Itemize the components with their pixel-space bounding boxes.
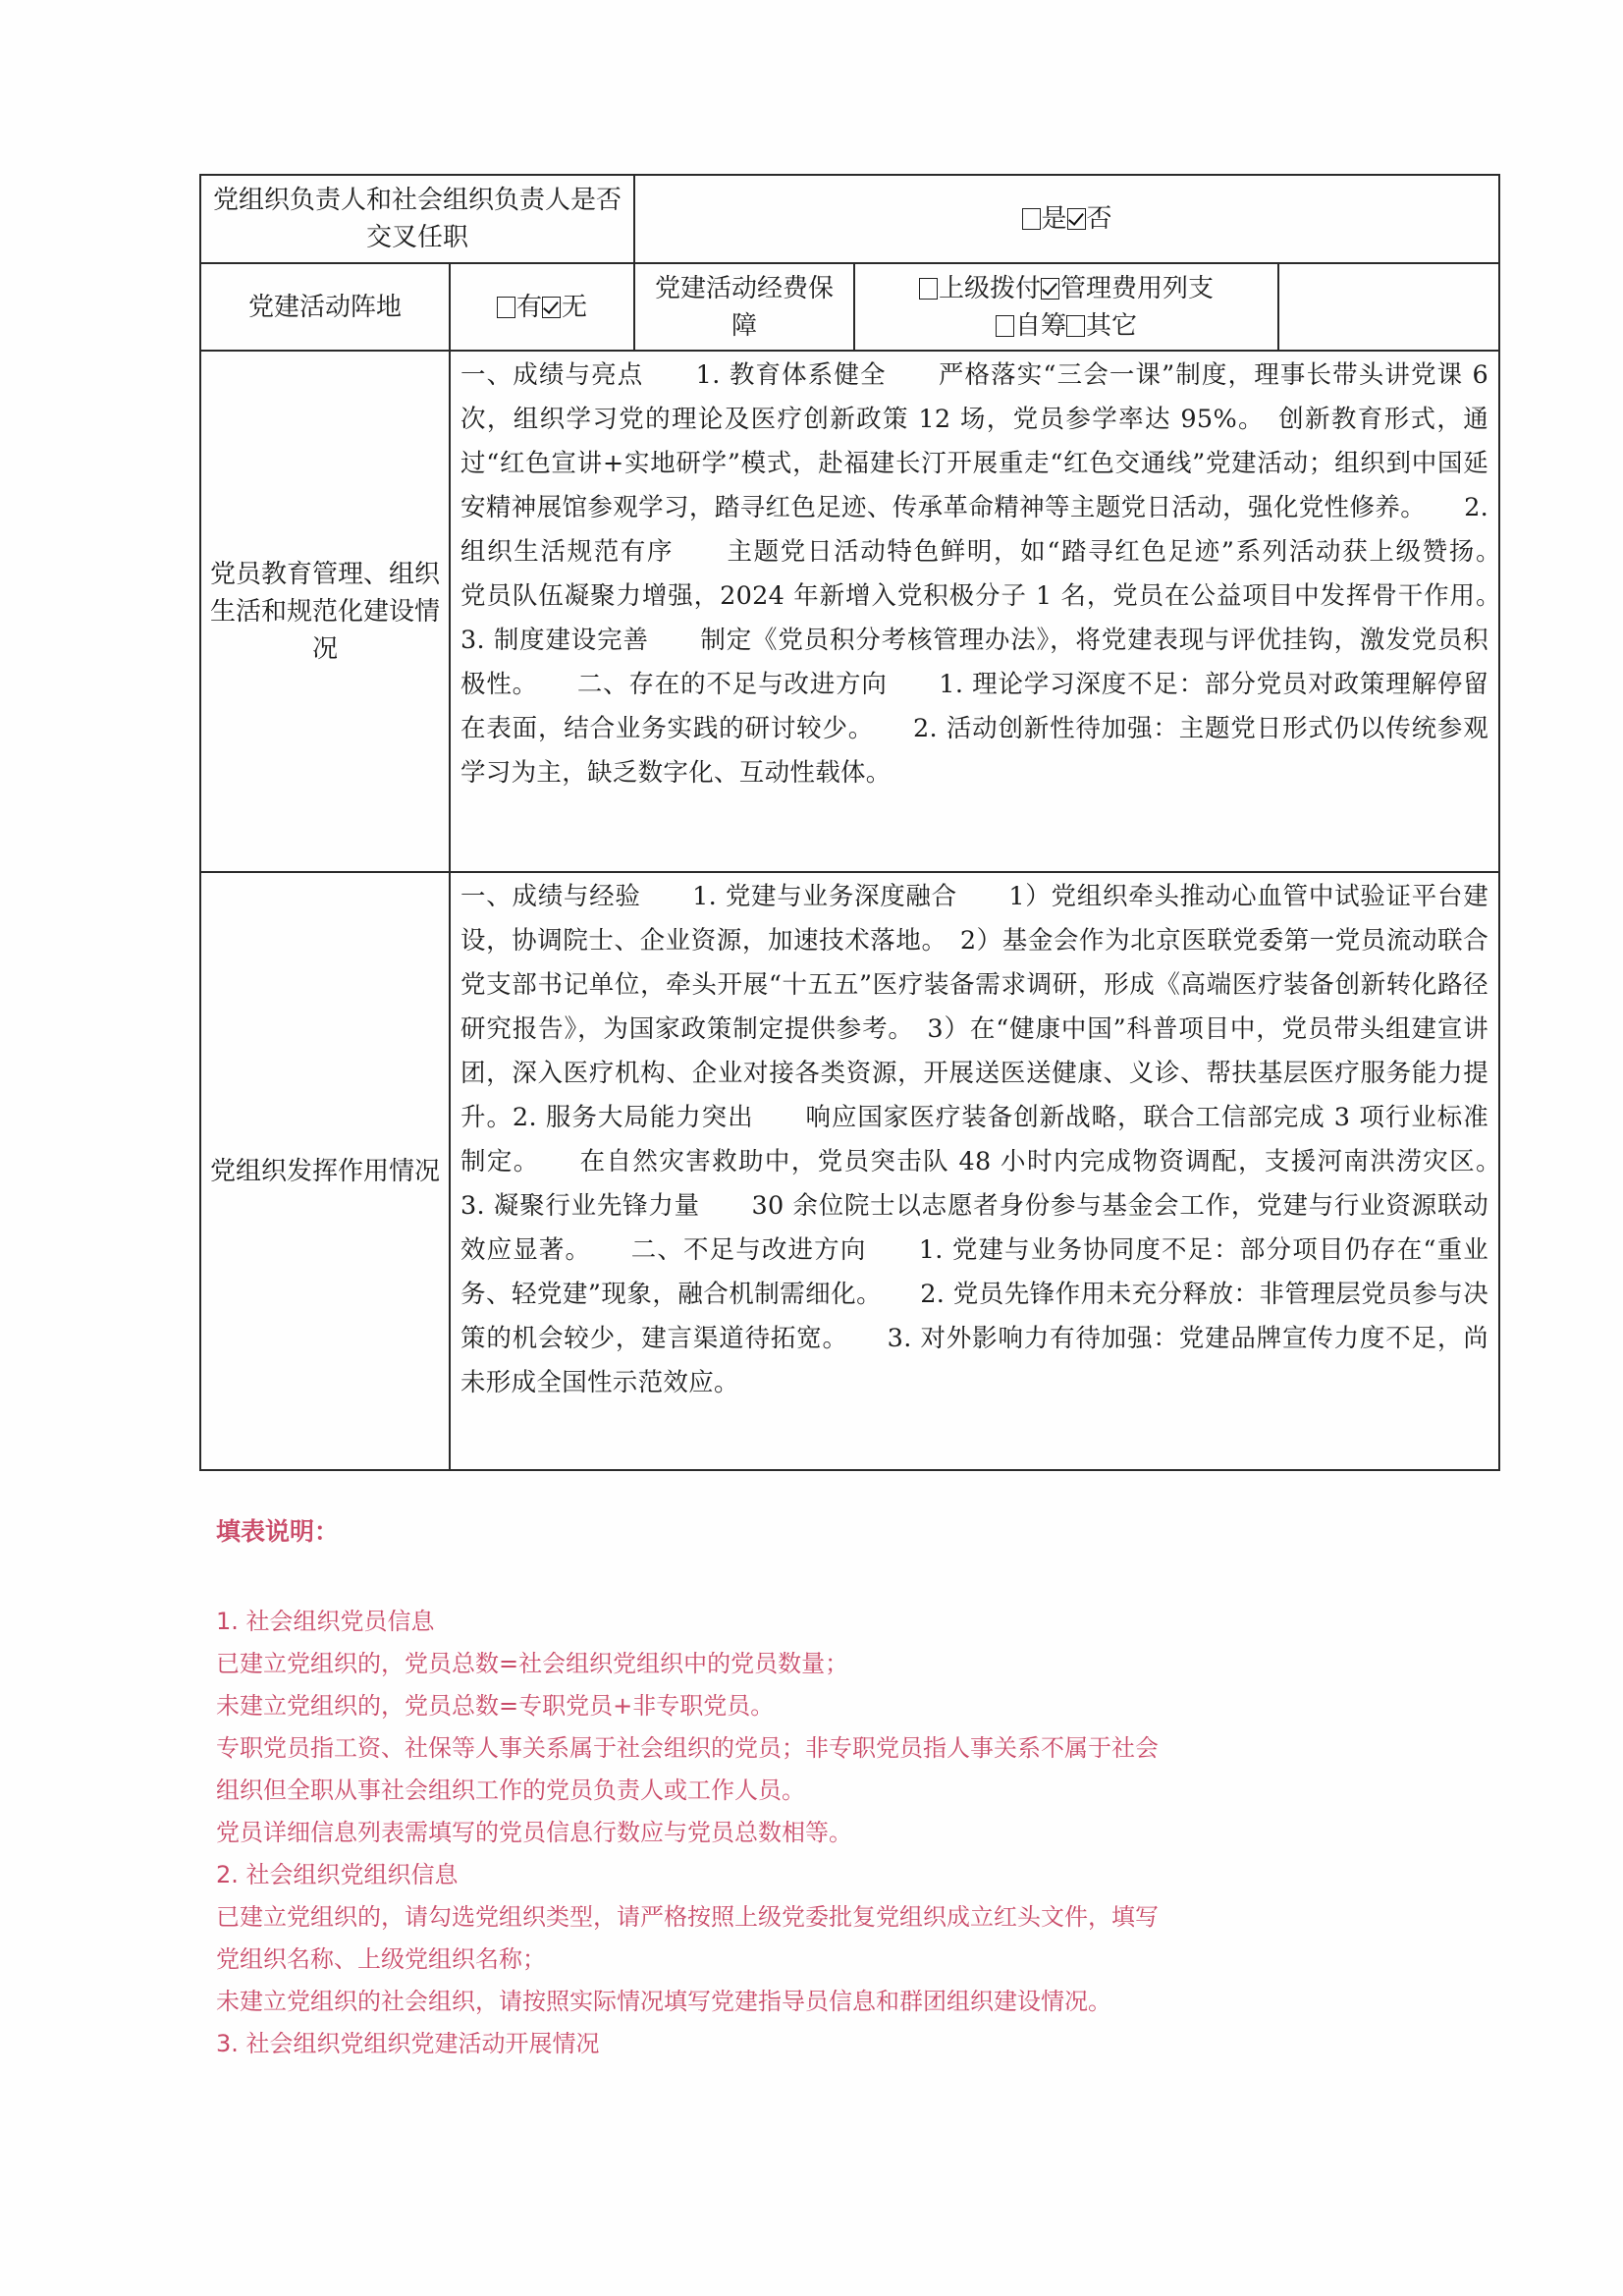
member-education-label: 党员教育管理、组织生活和规范化建设情况	[200, 351, 450, 872]
funding-label: 党建活动经费保障	[634, 263, 854, 351]
checkbox-no-checked[interactable]	[1067, 208, 1086, 230]
option-other-label: 其它	[1086, 311, 1137, 341]
instruction-line: 未建立党组织的，党员总数=专职党员+非专职党员。	[216, 1685, 1414, 1727]
venue-options: 有无	[450, 263, 634, 351]
document-page: 党组织负责人和社会组织负责人是否交叉任职 是否 党建活动阵地 有无 党建活动经费…	[0, 0, 1623, 2296]
option-self-label: 自筹	[1015, 311, 1066, 341]
option-none-label: 无	[562, 293, 587, 322]
option-admin-label: 管理费用列支	[1060, 274, 1214, 303]
instruction-line: 组织但全职从事社会组织工作的党员负责人或工作人员。	[216, 1770, 1414, 1812]
option-have-label: 有	[516, 293, 542, 322]
instruction-line: 党组织名称、上级党组织名称；	[216, 1939, 1414, 1981]
row-venue-funding: 党建活动阵地 有无 党建活动经费保障 上级拨付管理费用列支 自筹其它	[200, 263, 1499, 351]
instruction-line: 2. 社会组织党组织信息	[216, 1854, 1414, 1896]
organization-role-content: 一、成绩与经验 1. 党建与业务深度融合 1）党组织牵头推动心血管中试验证平台建…	[450, 872, 1499, 1470]
instruction-line: 已建立党组织的，党员总数=社会组织党组织中的党员数量；	[216, 1643, 1414, 1685]
instruction-line: 党员详细信息列表需填写的党员信息行数应与党员总数相等。	[216, 1812, 1414, 1854]
checkbox-funding-admin-checked[interactable]	[1041, 278, 1059, 300]
row-organization-role: 党组织发挥作用情况 一、成绩与经验 1. 党建与业务深度融合 1）党组织牵头推动…	[200, 872, 1499, 1470]
option-yes-label: 是	[1042, 204, 1067, 234]
empty-cell	[1278, 263, 1499, 351]
venue-label: 党建活动阵地	[200, 263, 450, 351]
option-no-label: 否	[1087, 204, 1112, 234]
funding-options: 上级拨付管理费用列支 自筹其它	[854, 263, 1278, 351]
checkbox-funding-superior[interactable]	[919, 278, 938, 300]
option-superior-label: 上级拨付	[939, 274, 1041, 303]
row-cross-appointment: 党组织负责人和社会组织负责人是否交叉任职 是否	[200, 175, 1499, 263]
checkbox-venue-have[interactable]	[497, 297, 515, 318]
checkbox-venue-none-checked[interactable]	[542, 297, 561, 318]
organization-role-label: 党组织发挥作用情况	[200, 872, 450, 1470]
checkbox-yes[interactable]	[1022, 208, 1041, 230]
instruction-line: 已建立党组织的，请勾选党组织类型，请严格按照上级党委批复党组织成立红头文件，填写	[216, 1896, 1414, 1939]
instructions-title: 填表说明：	[216, 1512, 1414, 1552]
cross-appointment-label: 党组织负责人和社会组织负责人是否交叉任职	[200, 175, 634, 263]
instruction-line: 未建立党组织的社会组织，请按照实际情况填写党建指导员信息和群团组织建设情况。	[216, 1981, 1414, 2023]
instruction-line: 专职党员指工资、社保等人事关系属于社会组织的党员；非专职党员指人事关系不属于社会	[216, 1727, 1414, 1770]
filling-instructions: 填表说明： 1. 社会组织党员信息 已建立党组织的，党员总数=社会组织党组织中的…	[216, 1512, 1414, 2065]
party-building-form-table: 党组织负责人和社会组织负责人是否交叉任职 是否 党建活动阵地 有无 党建活动经费…	[199, 174, 1500, 1471]
checkbox-funding-self[interactable]	[996, 315, 1014, 337]
cross-appointment-options: 是否	[634, 175, 1499, 263]
instruction-line: 1. 社会组织党员信息	[216, 1601, 1414, 1643]
row-member-education: 党员教育管理、组织生活和规范化建设情况 一、成绩与亮点 1. 教育体系健全 严格…	[200, 351, 1499, 872]
member-education-content: 一、成绩与亮点 1. 教育体系健全 严格落实“三会一课”制度，理事长带头讲党课 …	[450, 351, 1499, 872]
checkbox-funding-other[interactable]	[1066, 315, 1085, 337]
instruction-line: 3. 社会组织党组织党建活动开展情况	[216, 2023, 1414, 2065]
